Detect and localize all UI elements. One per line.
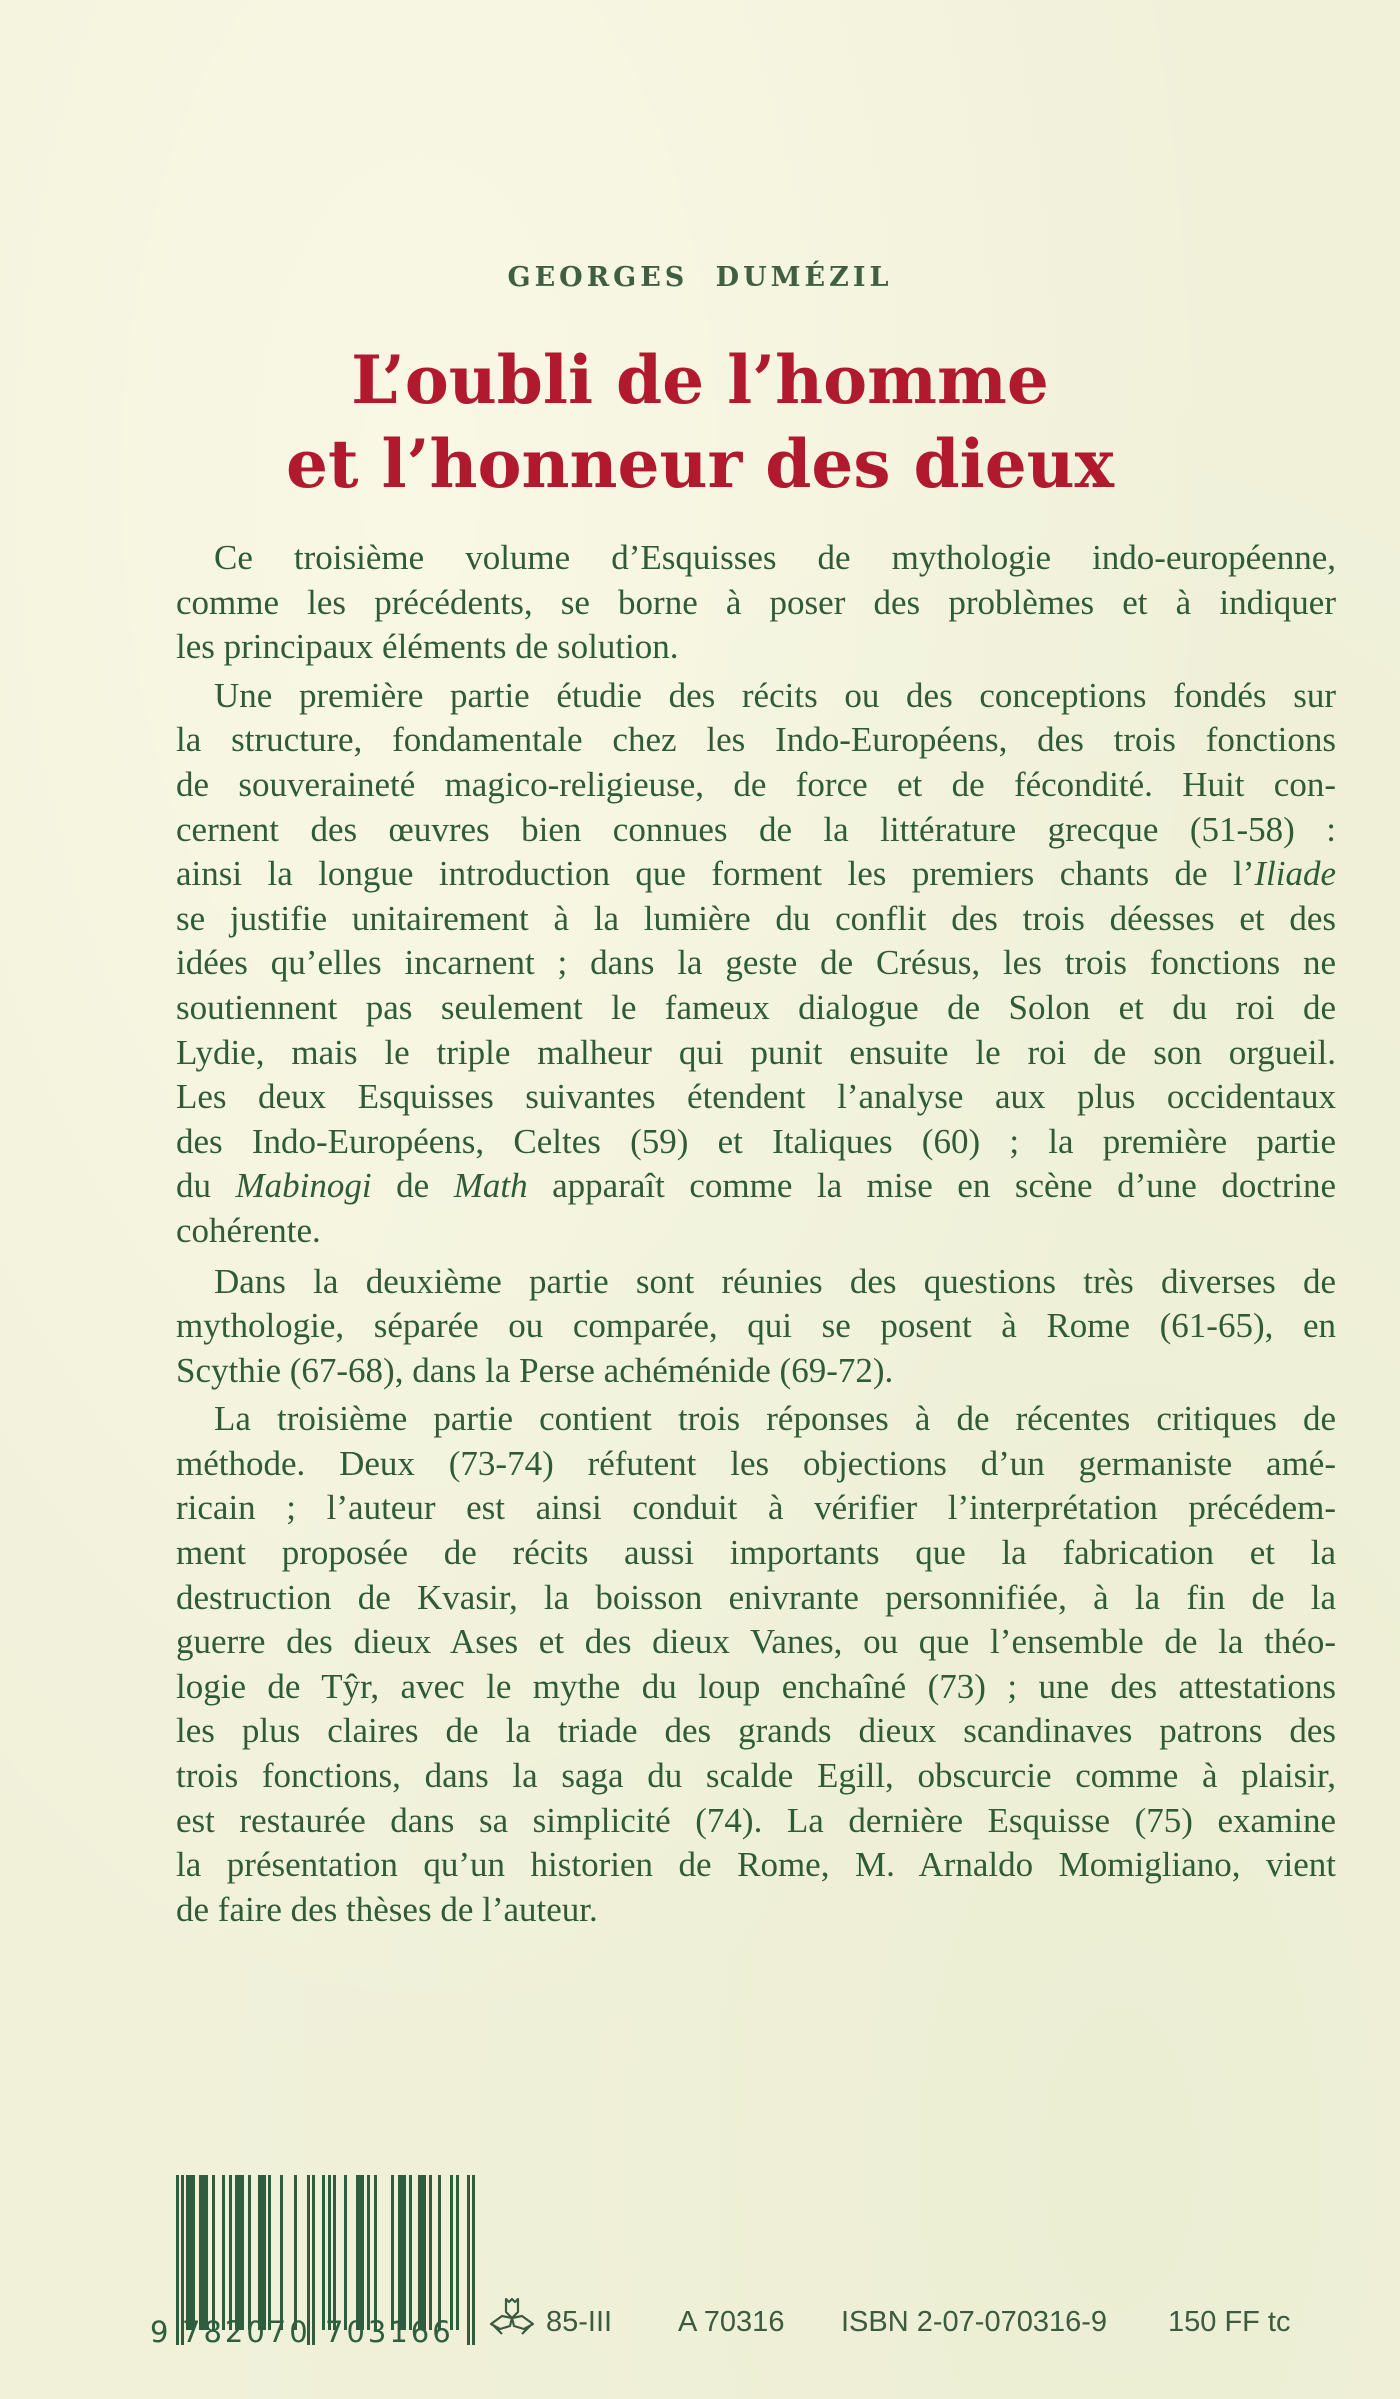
barcode-right-group: 703166 [325,2315,454,2349]
barcode-bar [456,2175,459,2330]
text-line: de souveraineté magico-religieuse, de fo… [176,763,1336,808]
paragraph-2: Une première partie étudie des récits ou… [176,674,1336,1254]
title-line-1: L’oubli de l’homme [0,338,1400,422]
barcode-guard-bar [176,2175,179,2345]
barcode-left-group: 782070 [182,2315,311,2349]
barcode-bar [248,2175,251,2330]
text-line: du Mabinogi de Math apparaît comme la mi… [176,1164,1336,1209]
text-line: cohérente. [176,1209,1336,1254]
barcode-bar [294,2175,297,2330]
text-line: ainsi la longue introduction que forment… [176,852,1336,897]
barcode-bar [328,2175,331,2330]
text-segment: du [176,1166,236,1205]
barcode-bar [367,2175,370,2330]
catalog-number: A 70316 [678,2306,784,2339]
barcode-bar [450,2175,453,2330]
barcode-bar [258,2175,266,2330]
author-name: GEORGES DUMÉZIL [0,262,1400,293]
barcode-guard-bar [467,2175,470,2345]
barcode-bar [222,2175,225,2330]
barcode-bar [438,2175,441,2330]
italic-title-iliade: Iliade [1254,854,1336,893]
imprint-code: 85-III [546,2306,612,2339]
barcode-bar [229,2175,232,2330]
barcode-first-digit: 9 [150,2315,171,2349]
barcode-bar [199,2175,208,2330]
text-segment: ainsi la longue introduction que forment… [176,854,1254,893]
barcode-bar [391,2175,394,2330]
price: 150 FF tc [1168,2306,1291,2339]
title-line-2: et l’honneur des dieux [0,422,1400,506]
text-line: méthode. Deux (73-74) réfutent les objec… [176,1442,1336,1487]
barcode-bar [212,2175,215,2330]
text-line: la structure, fondamentale chez les Indo… [176,718,1336,763]
barcode-bar [409,2175,412,2330]
text-line: guerre des dieux Ases et des dieux Vanes… [176,1620,1336,1665]
barcode-guard-bar [472,2175,475,2345]
text-line: les plus claires de la triade des grands… [176,1709,1336,1754]
text-line: ment proposée de récits aussi importants… [176,1531,1336,1576]
barcode-bar [398,2175,406,2330]
text-line: Dans la deuxième partie sont réunies des… [176,1260,1336,1305]
barcode-guard-bar [312,2175,315,2345]
text-line: des Indo-Européens, Celtes (59) et Itali… [176,1120,1336,1165]
text-line: idées qu’elles incarnent ; dans la geste… [176,941,1336,986]
text-line: destruction de Kvasir, la boisson enivra… [176,1576,1336,1621]
text-line: comme les précédents, se borne à poser d… [176,581,1336,626]
text-line: mythologie, séparée ou comparée, qui se … [176,1304,1336,1349]
text-line: trois fonctions, dans la saga du scalde … [176,1754,1336,1799]
text-line: logie de Tŷr, avec le mythe du loup ench… [176,1665,1336,1710]
text-line: est restaurée dans sa simplicité (74). L… [176,1799,1336,1844]
blurb-text: Ce troisième volume d’Esquisses de mytho… [176,536,1336,1932]
barcode-bar [322,2175,325,2330]
barcode-bar [429,2175,432,2330]
text-line: la présentation qu’un historien de Rome,… [176,1843,1336,1888]
barcode-bar [186,2175,195,2330]
text-line: se justifie unitairement à la lumière du… [176,897,1336,942]
text-line: La troisième partie contient trois répon… [176,1397,1336,1442]
barcode-bar [344,2175,347,2330]
barcode-bar [235,2175,244,2330]
text-line: Les deux Esquisses suivantes étendent l’… [176,1075,1336,1120]
text-line: cernent des œuvres bien connues de la li… [176,808,1336,853]
book-back-cover: GEORGES DUMÉZIL L’oubli de l’homme et l’… [0,0,1400,2399]
barcode-bars [176,2175,466,2330]
text-segment: apparaît comme la mise en scène d’une do… [528,1166,1336,1205]
text-line: Ce troisième volume d’Esquisses de mytho… [176,536,1336,581]
text-line: Une première partie étudie des récits ou… [176,674,1336,719]
paragraph-4: La troisième partie contient trois répon… [176,1397,1336,1932]
barcode-bar [333,2175,336,2330]
text-line: les principaux éléments de solution. [176,625,1336,670]
gallimard-nrf-emblem-icon [488,2296,536,2340]
text-segment: de [372,1166,454,1205]
colophon: 85-III A 70316 ISBN 2-07-070316-9 150 FF… [488,2306,1340,2346]
barcode-bar [280,2175,283,2330]
barcode-bar [268,2175,271,2330]
italic-title-mabinogi: Mabinogi [236,1166,372,1205]
barcode-bar [418,2175,426,2330]
text-line: soutiennent pas seulement le fameux dial… [176,986,1336,1031]
italic-title-math: Math [454,1166,528,1205]
isbn: ISBN 2-07-070316-9 [841,2306,1107,2339]
ean13-barcode: 9 782070 703166 [150,2165,490,2355]
book-title: L’oubli de l’homme et l’honneur des dieu… [0,338,1400,506]
text-line: Scythie (67-68), dans la Perse achéménid… [176,1349,1336,1394]
text-line: Lydie, mais le triple malheur qui punit … [176,1031,1336,1076]
barcode-bar [374,2175,377,2330]
paragraph-1: Ce troisième volume d’Esquisses de mytho… [176,536,1336,670]
paragraph-3: Dans la deuxième partie sont réunies des… [176,1260,1336,1394]
barcode-bar [356,2175,364,2330]
text-line: de faire des thèses de l’auteur. [176,1888,1336,1933]
text-line: ricain ; l’auteur est ainsi conduit à vé… [176,1486,1336,1531]
